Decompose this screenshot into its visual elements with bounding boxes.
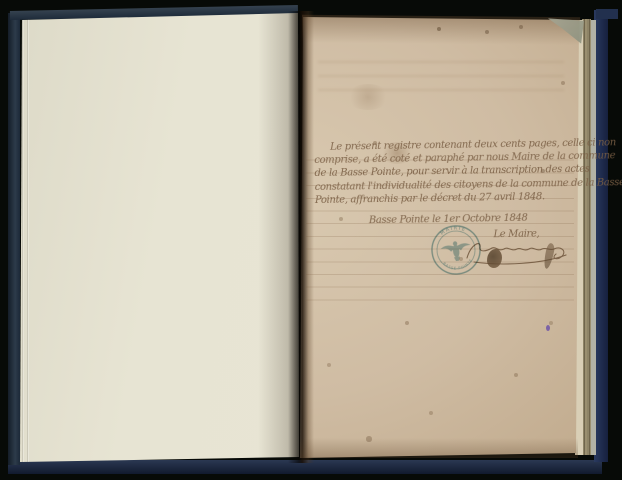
page-bottom-shading <box>300 438 578 458</box>
book-cover-top-right-corner <box>596 9 618 19</box>
page-top-shading <box>302 15 580 45</box>
scanned-register-photo: Le présent registre contenant deux cents… <box>0 0 622 480</box>
book-cover-left-edge <box>8 13 20 465</box>
fore-edge-page-stack <box>582 19 591 455</box>
paper-stain <box>346 84 390 110</box>
paper-specks <box>310 22 312 24</box>
eagle-emblem <box>440 239 472 263</box>
purple-ink-speck <box>546 325 550 331</box>
mairie-stamp: MAIRIE BASSE-POINTE <box>427 221 486 280</box>
book-cover-right-edge <box>594 10 608 462</box>
